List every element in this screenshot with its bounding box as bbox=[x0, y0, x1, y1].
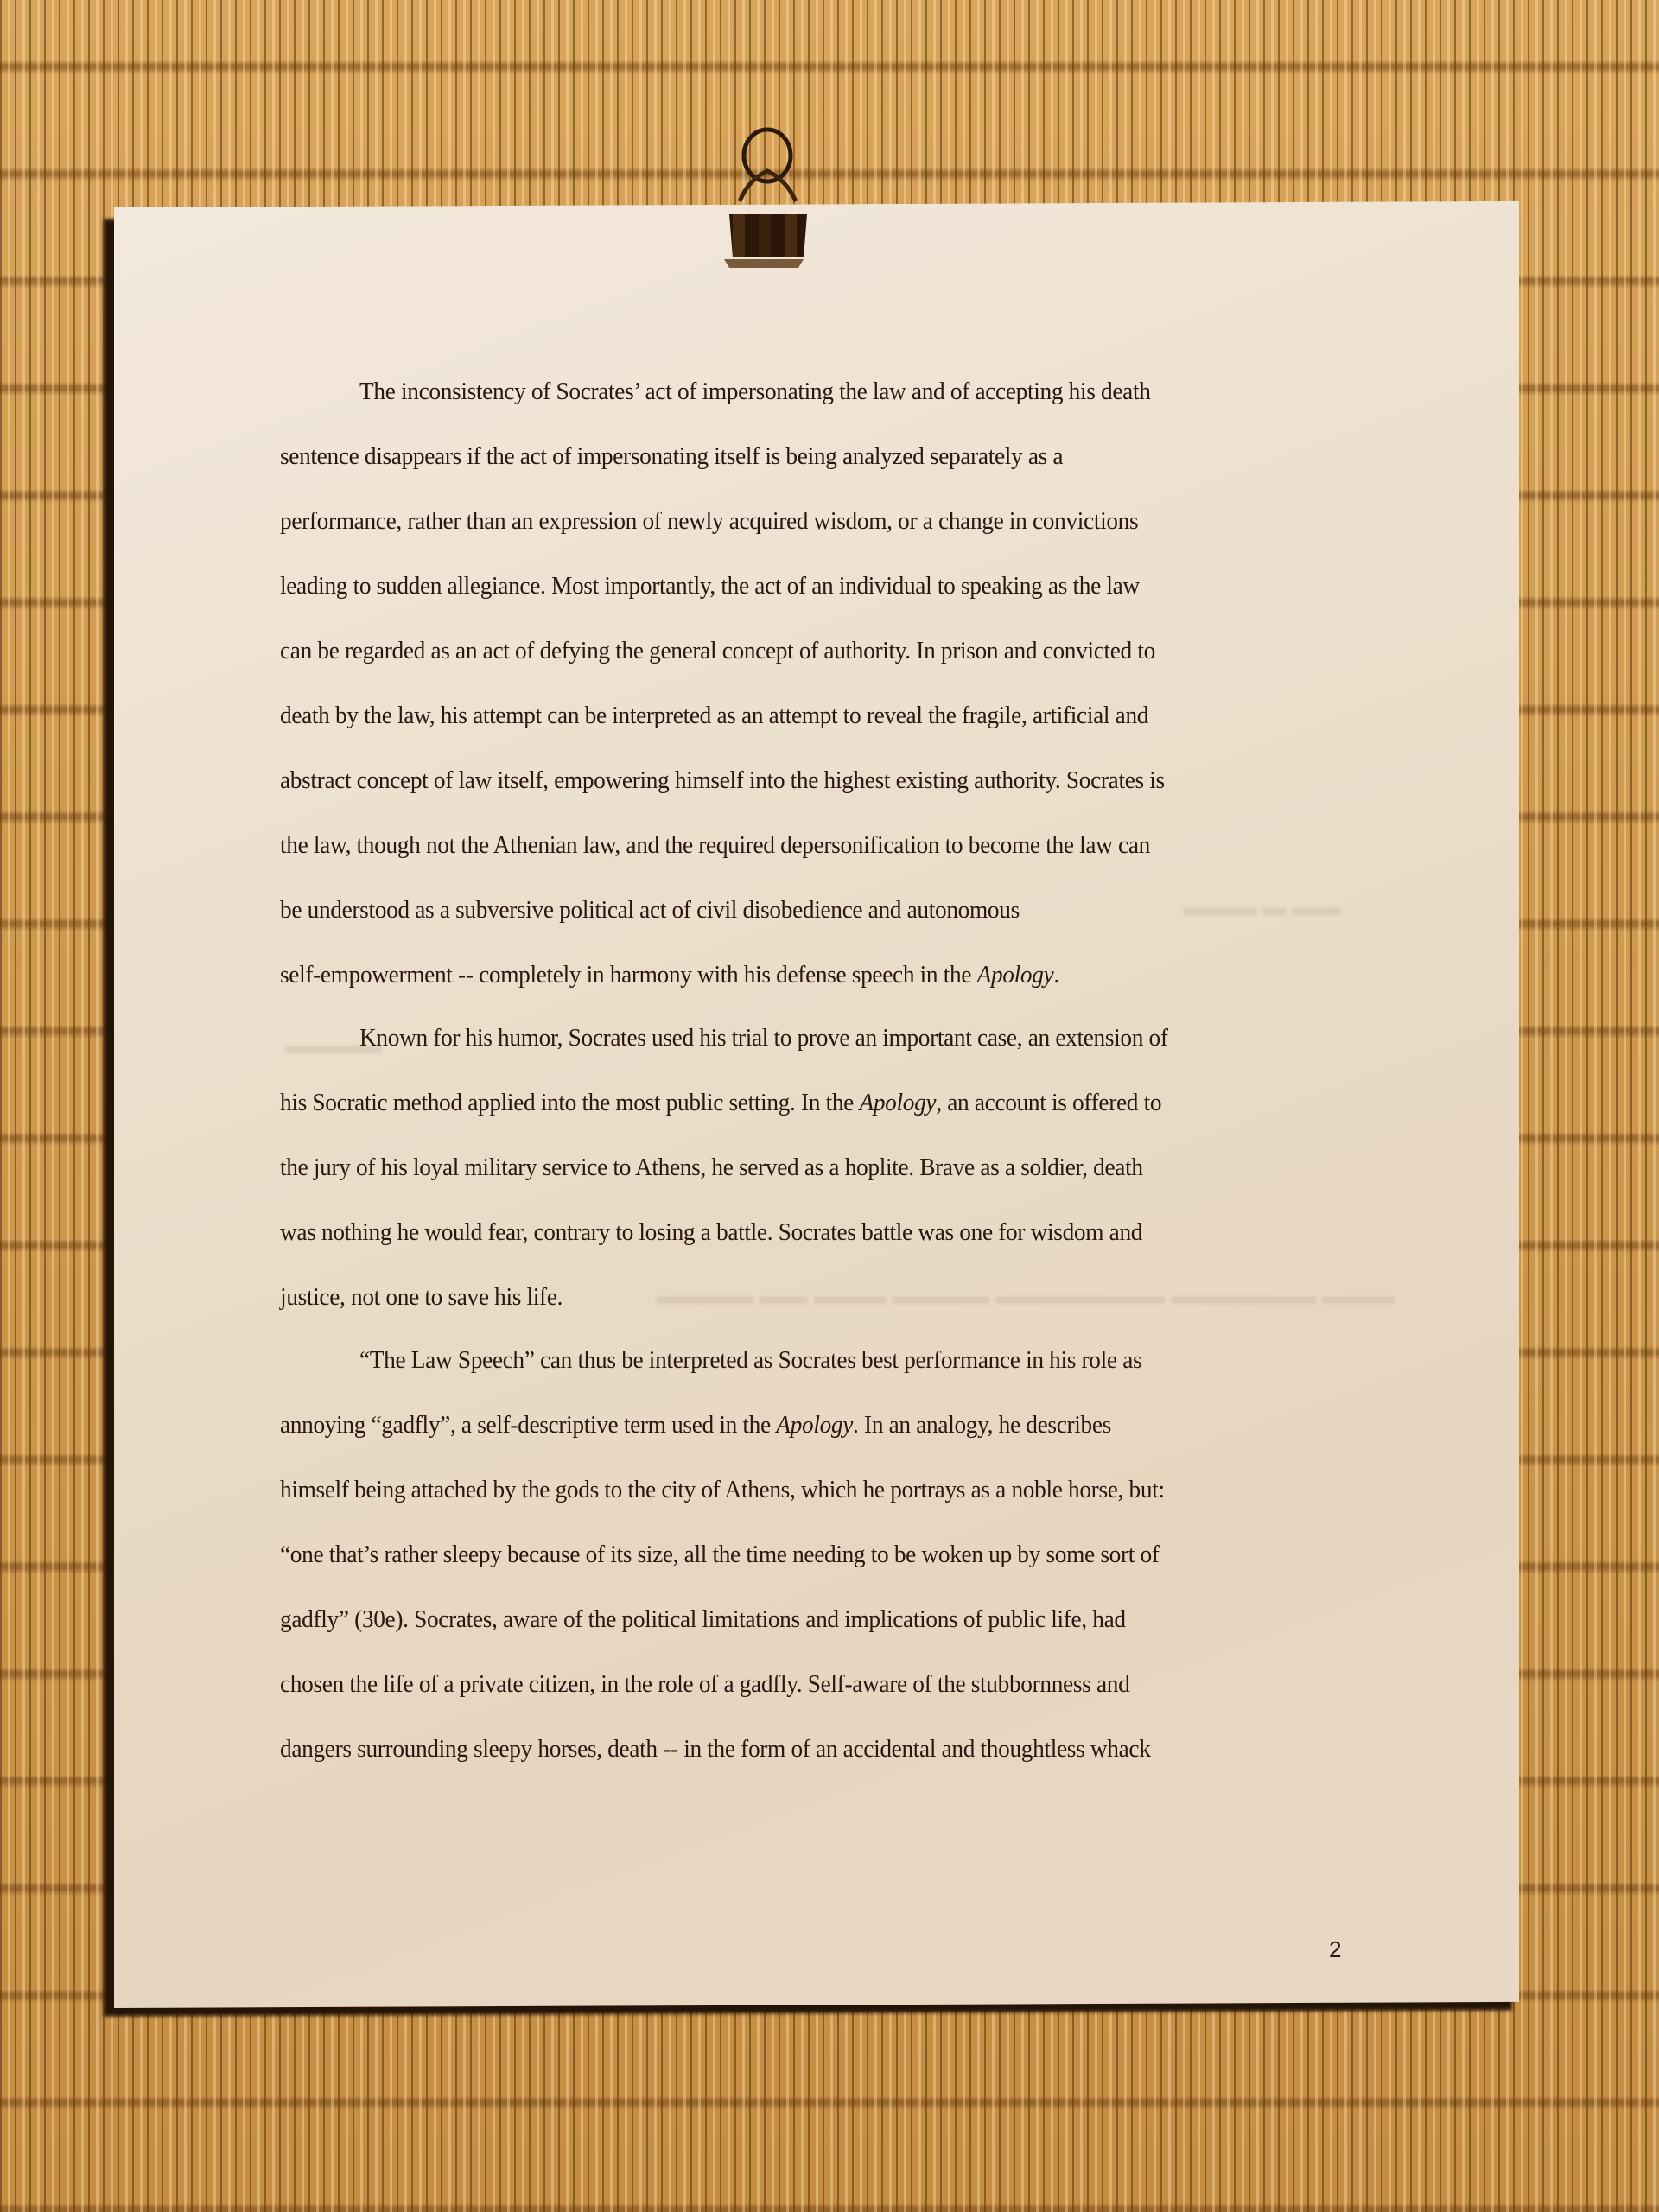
paragraph-first-line: “The Law Speech” can thus be interpreted… bbox=[359, 1347, 1141, 1375]
paragraph-line: death by the law, his attempt can be int… bbox=[280, 702, 1148, 730]
paragraph-line: sentence disappears if the act of impers… bbox=[280, 443, 1063, 471]
paragraph-line: be understood as a subversive political … bbox=[280, 897, 1020, 925]
paragraph-line: himself being attached by the gods to th… bbox=[280, 1477, 1165, 1504]
paragraph-line: chosen the life of a private citizen, in… bbox=[280, 1671, 1129, 1699]
bleed-through-text: ▬▬▬ ▬ ▬▬ bbox=[1184, 894, 1341, 922]
paragraph-line: the jury of his loyal military service t… bbox=[280, 1154, 1143, 1182]
paragraph-line: was nothing he would fear, contrary to l… bbox=[280, 1219, 1142, 1247]
page-number: 2 bbox=[1329, 1936, 1341, 1963]
paragraph-line: the law, though not the Athenian law, an… bbox=[280, 832, 1150, 860]
paragraph-line: “one that’s rather sleepy because of its… bbox=[280, 1541, 1160, 1569]
paragraph-line: gadfly” (30e). Socrates, aware of the po… bbox=[280, 1606, 1126, 1634]
paragraph-first-line: Known for his humor, Socrates used his t… bbox=[359, 1025, 1168, 1052]
paragraph-line: annoying “gadfly”, a self-descriptive te… bbox=[280, 1412, 1111, 1440]
bleed-through-text: ▬▬▬▬ bbox=[285, 1033, 382, 1060]
italic-title: Apology bbox=[776, 1412, 853, 1439]
paragraph-line: abstract concept of law itself, empoweri… bbox=[280, 767, 1165, 795]
italic-title: Apology bbox=[859, 1090, 936, 1116]
paragraph-first-line: The inconsistency of Socrates’ act of im… bbox=[359, 378, 1151, 406]
binder-clip-icon bbox=[714, 119, 813, 270]
paragraph-line: self-empowerment -- completely in harmon… bbox=[280, 962, 1059, 989]
paragraph-line: leading to sudden allegiance. Most impor… bbox=[280, 573, 1140, 601]
paragraph-line: his Socratic method applied into the mos… bbox=[280, 1090, 1161, 1117]
paragraph-line: dangers surrounding sleepy horses, death… bbox=[280, 1736, 1151, 1764]
paragraph-line: can be regarded as an act of defying the… bbox=[280, 638, 1155, 665]
paragraph-line: performance, rather than an expression o… bbox=[280, 508, 1138, 536]
bleed-through-text: ▬▬▬▬ ▬▬ ▬▬▬ ▬▬▬▬ ▬▬▬▬▬▬▬ ▬▬▬▬▬▬ ▬▬▬ bbox=[657, 1283, 1395, 1311]
paragraph-line: justice, not one to save his life. bbox=[280, 1284, 563, 1312]
italic-title: Apology bbox=[977, 962, 1054, 988]
